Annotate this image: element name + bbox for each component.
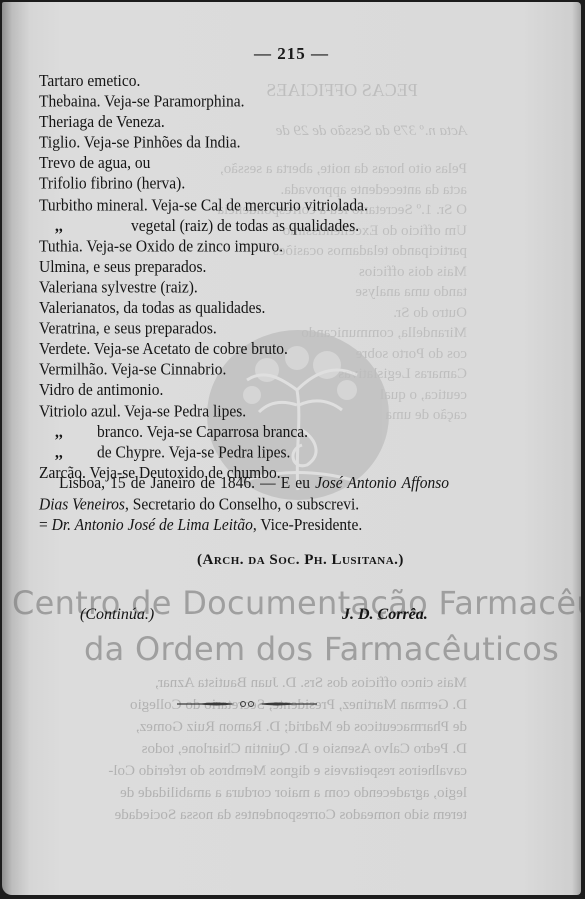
entry-text: Vitriolo azul. Veja-se Pedra lipes. xyxy=(39,402,246,420)
list-item: Ulmina, e seus preparados. xyxy=(39,257,459,278)
ditto-mark: ,, xyxy=(39,422,75,443)
signature-paragraph: Lisboa, 15 de Janeiro de 1846. — E eu Jo… xyxy=(39,473,449,515)
ditto-mark: ,, xyxy=(39,442,75,463)
entry-text: Tiglio. Veja-se Pinhões da India. xyxy=(39,134,241,152)
list-item: Turbitho mineral. Veja-se Cal de mercuri… xyxy=(39,195,459,216)
list-item: Tuthia. Veja-se Oxido de zinco impuro. xyxy=(39,236,459,257)
entry-text: Verdete. Veja-se Acetato de cobre bruto. xyxy=(39,340,288,358)
vice-president-line: = Dr. Antonio José de Lima Leitão, Vice-… xyxy=(39,515,449,536)
ditto-mark: ,, xyxy=(39,215,75,236)
list-item-ditto: ,,vegetal (raiz) de todas as qualidades. xyxy=(39,215,459,236)
bleed-line: D. Pedro Calvo Asensio e D. Quintin Chia… xyxy=(37,738,467,760)
bleed-line: cavalheiros respeitaveis e dignos Membro… xyxy=(37,760,467,782)
bleed-line: de Pharmaceuticos de Madrid; D. Ramon Ru… xyxy=(37,716,467,738)
list-item: Trevo de agua, ou xyxy=(39,153,459,174)
ornamental-divider-icon xyxy=(177,695,317,703)
entry-text: vegetal (raiz) de todas as qualidades. xyxy=(75,216,359,234)
entry-text: Turbitho mineral. Veja-se Cal de mercuri… xyxy=(39,196,368,214)
list-item: Theriaga de Veneza. xyxy=(39,112,459,133)
watermark-line-2: da Ordem dos Farmacêuticos xyxy=(84,630,559,668)
entry-text: Tuthia. Veja-se Oxido de zinco impuro. xyxy=(39,237,283,255)
bleed-line: terem sido nomeados Correspondentes da n… xyxy=(37,804,467,826)
entry-text: Vermilhão. Veja-se Cinnabrio. xyxy=(39,361,226,379)
entry-text: Thebaina. Veja-se Paramorphina. xyxy=(39,93,244,111)
entry-text: Veratrina, e seus preparados. xyxy=(39,320,217,338)
list-item: Tartaro emetico. xyxy=(39,71,459,92)
entry-text: branco. Veja-se Caparrosa branca. xyxy=(75,423,308,441)
vice-president-role: , Vice-Presidente. xyxy=(253,516,362,534)
secretary-name: José Antonio xyxy=(315,474,396,492)
list-item: Vermilhão. Veja-se Cinnabrio. xyxy=(39,360,459,381)
author-name: J. D. Corrêa. xyxy=(342,606,428,624)
list-item-ditto: ,,de Chypre. Veja-se Pedra lipes. xyxy=(39,442,459,463)
equals-mark: = xyxy=(39,516,52,534)
continua-label: (Continúa.) xyxy=(80,606,154,624)
vice-president-name: Dr. Antonio José de Lima Leitão xyxy=(52,516,253,534)
list-item: Trifolio fibrino (herva). xyxy=(39,174,459,195)
signature-block: Lisboa, 15 de Janeiro de 1846. — E eu Jo… xyxy=(39,473,449,536)
list-item: Thebaina. Veja-se Paramorphina. xyxy=(39,92,459,113)
list-item: Tiglio. Veja-se Pinhões da India. xyxy=(39,133,459,154)
list-item: Verdete. Veja-se Acetato de cobre bruto. xyxy=(39,339,459,360)
entry-text: Trevo de agua, ou xyxy=(39,155,150,173)
entry-text: Tartaro emetico. xyxy=(39,72,140,90)
list-item: Valeriana sylvestre (raiz). xyxy=(39,277,459,298)
entry-text: Valerianatos, da todas as qualidades. xyxy=(39,299,265,317)
entry-text: Vidro de antimonio. xyxy=(39,381,163,399)
entry-text: Ulmina, e seus preparados. xyxy=(39,258,206,276)
secretary-role: , Secretario do Conselho, o subscrevi. xyxy=(125,495,359,513)
entry-text: Trifolio fibrino (herva). xyxy=(39,175,185,193)
entry-text: Valeriana sylvestre (raiz). xyxy=(39,278,198,296)
source-citation: (Arch. da Soc. Ph. Lusitana.) xyxy=(197,552,404,569)
list-item: Vitriolo azul. Veja-se Pedra lipes. xyxy=(39,401,459,422)
page-number: — 215 — xyxy=(2,44,581,64)
list-item: Vidro de antimonio. xyxy=(39,380,459,401)
book-page: PECAS OFFICIAES Acta n.º 379 da Sessão d… xyxy=(2,2,581,895)
bleed-line: legio, agradecendo com a maior cordura a… xyxy=(37,782,467,804)
list-item: Veratrina, e seus preparados. xyxy=(39,318,459,339)
entry-text: de Chypre. Veja-se Pedra lipes. xyxy=(75,443,290,461)
place-date: Lisboa, 15 de Janeiro de 1846. — E eu xyxy=(59,474,315,492)
entry-text: Theriaga de Veneza. xyxy=(39,113,165,131)
bleed-line: Mais cinco officios dos Srs. D. Juan Bau… xyxy=(37,672,467,694)
entries-list: Tartaro emetico. Thebaina. Veja-se Param… xyxy=(39,71,459,483)
list-item: Valerianatos, da todas as qualidades. xyxy=(39,298,459,319)
list-item-ditto: ,,branco. Veja-se Caparrosa branca. xyxy=(39,422,459,443)
